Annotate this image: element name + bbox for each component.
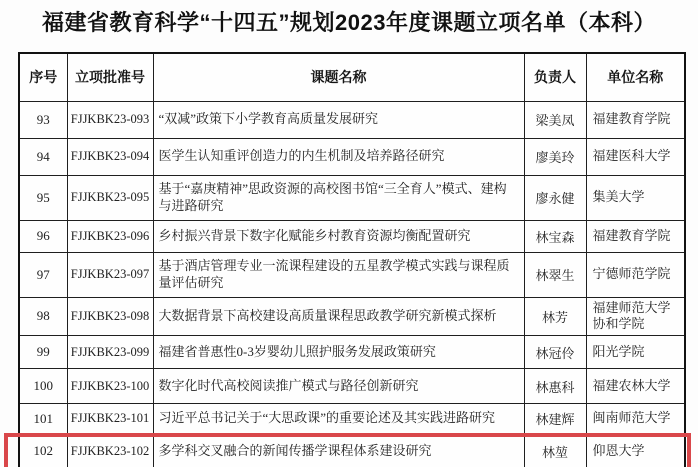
cell-project-name: 福建省普惠性0-3岁婴幼儿照护服务发展政策研究 [153,336,524,369]
table-row: 94 FJJKBK23-094 医学生认知重评创造力的内生机制及培养路径研究 廖… [19,138,685,175]
table-row-highlighted: 102 FJJKBK23-102 多学科交叉融合的新闻传播学课程体系建设研究 林… [19,434,685,467]
cell-leader: 廖永健 [524,175,586,220]
cell-unit: 福建教育学院 [586,220,685,252]
cell-project-name: 乡村振兴背景下数字化赋能乡村教育资源均衡配置研究 [153,220,524,252]
col-header-project-name: 课题名称 [153,53,524,101]
cell-no: 95 [19,175,67,220]
table-row: 97 FJJKBK23-097 基于酒店管理专业一流课程建设的五星教学模式实践与… [19,252,685,297]
cell-unit: 福建农林大学 [586,369,685,404]
col-header-unit: 单位名称 [586,53,685,101]
cell-no: 99 [19,336,67,369]
col-header-leader: 负责人 [524,53,586,101]
projects-table-wrap: 序号 立项批准号 课题名称 负责人 单位名称 93 FJJKBK23-093 “… [18,52,684,467]
cell-approval: FJJKBK23-093 [67,101,153,138]
cell-unit: 闽南师范大学 [586,404,685,434]
table-row: 101 FJJKBK23-101 习近平总书记关于“大思政课”的重要论述及其实践… [19,404,685,434]
cell-approval: FJJKBK23-102 [67,434,153,467]
cell-project-name: 数字化时代高校阅读推广模式与路径创新研究 [153,369,524,404]
cell-leader: 林芳 [524,297,586,336]
cell-unit: 阳光学院 [586,336,685,369]
cell-no: 97 [19,252,67,297]
cell-project-name: 习近平总书记关于“大思政课”的重要论述及其实践进路研究 [153,404,524,434]
cell-no: 101 [19,404,67,434]
cell-unit: 福建医科大学 [586,138,685,175]
header-row: 序号 立项批准号 课题名称 负责人 单位名称 [19,53,685,101]
projects-table: 序号 立项批准号 课题名称 负责人 单位名称 93 FJJKBK23-093 “… [18,52,686,467]
table-row: 96 FJJKBK23-096 乡村振兴背景下数字化赋能乡村教育资源均衡配置研究… [19,220,685,252]
cell-no: 94 [19,138,67,175]
cell-approval: FJJKBK23-101 [67,404,153,434]
cell-approval: FJJKBK23-096 [67,220,153,252]
cell-no: 98 [19,297,67,336]
cell-approval: FJJKBK23-095 [67,175,153,220]
cell-project-name: 基于酒店管理专业一流课程建设的五星教学模式实践与课程质量评估研究 [153,252,524,297]
cell-leader: 廖美玲 [524,138,586,175]
cell-unit: 集美大学 [586,175,685,220]
table-row: 95 FJJKBK23-095 基于“嘉庚精神”思政资源的高校图书馆“三全育人”… [19,175,685,220]
col-header-no: 序号 [19,53,67,101]
cell-leader: 林宝森 [524,220,586,252]
cell-no: 96 [19,220,67,252]
cell-unit: 宁德师范学院 [586,252,685,297]
cell-leader: 林堃 [524,434,586,467]
cell-project-name: 基于“嘉庚精神”思政资源的高校图书馆“三全育人”模式、建构与进路研究 [153,175,524,220]
cell-leader: 林冠伶 [524,336,586,369]
cell-approval: FJJKBK23-098 [67,297,153,336]
cell-no: 100 [19,369,67,404]
cell-leader: 林建辉 [524,404,586,434]
cell-project-name: 大数据背景下高校建设高质量课程思政教学研究新模式探析 [153,297,524,336]
cell-unit: 福建教育学院 [586,101,685,138]
table-row: 98 FJJKBK23-098 大数据背景下高校建设高质量课程思政教学研究新模式… [19,297,685,336]
cell-project-name: 多学科交叉融合的新闻传播学课程体系建设研究 [153,434,524,467]
document-page: 福建省教育科学“十四五”规划2023年度课题立项名单（本科） 序号 立项批准号 … [0,0,698,467]
cell-project-name: “双减”政策下小学教育高质量发展研究 [153,101,524,138]
cell-approval: FJJKBK23-100 [67,369,153,404]
page-title: 福建省教育科学“十四五”规划2023年度课题立项名单（本科） [0,6,698,37]
cell-leader: 梁美凤 [524,101,586,138]
cell-project-name: 医学生认知重评创造力的内生机制及培养路径研究 [153,138,524,175]
cell-no: 93 [19,101,67,138]
cell-approval: FJJKBK23-099 [67,336,153,369]
cell-unit: 福建师范大学协和学院 [586,297,685,336]
cell-no: 102 [19,434,67,467]
table-row: 99 FJJKBK23-099 福建省普惠性0-3岁婴幼儿照护服务发展政策研究 … [19,336,685,369]
cell-leader: 林惠科 [524,369,586,404]
cell-approval: FJJKBK23-097 [67,252,153,297]
cell-leader: 林翠生 [524,252,586,297]
table-row: 93 FJJKBK23-093 “双减”政策下小学教育高质量发展研究 梁美凤 福… [19,101,685,138]
cell-unit: 仰恩大学 [586,434,685,467]
col-header-approval: 立项批准号 [67,53,153,101]
table-row: 100 FJJKBK23-100 数字化时代高校阅读推广模式与路径创新研究 林惠… [19,369,685,404]
cell-approval: FJJKBK23-094 [67,138,153,175]
